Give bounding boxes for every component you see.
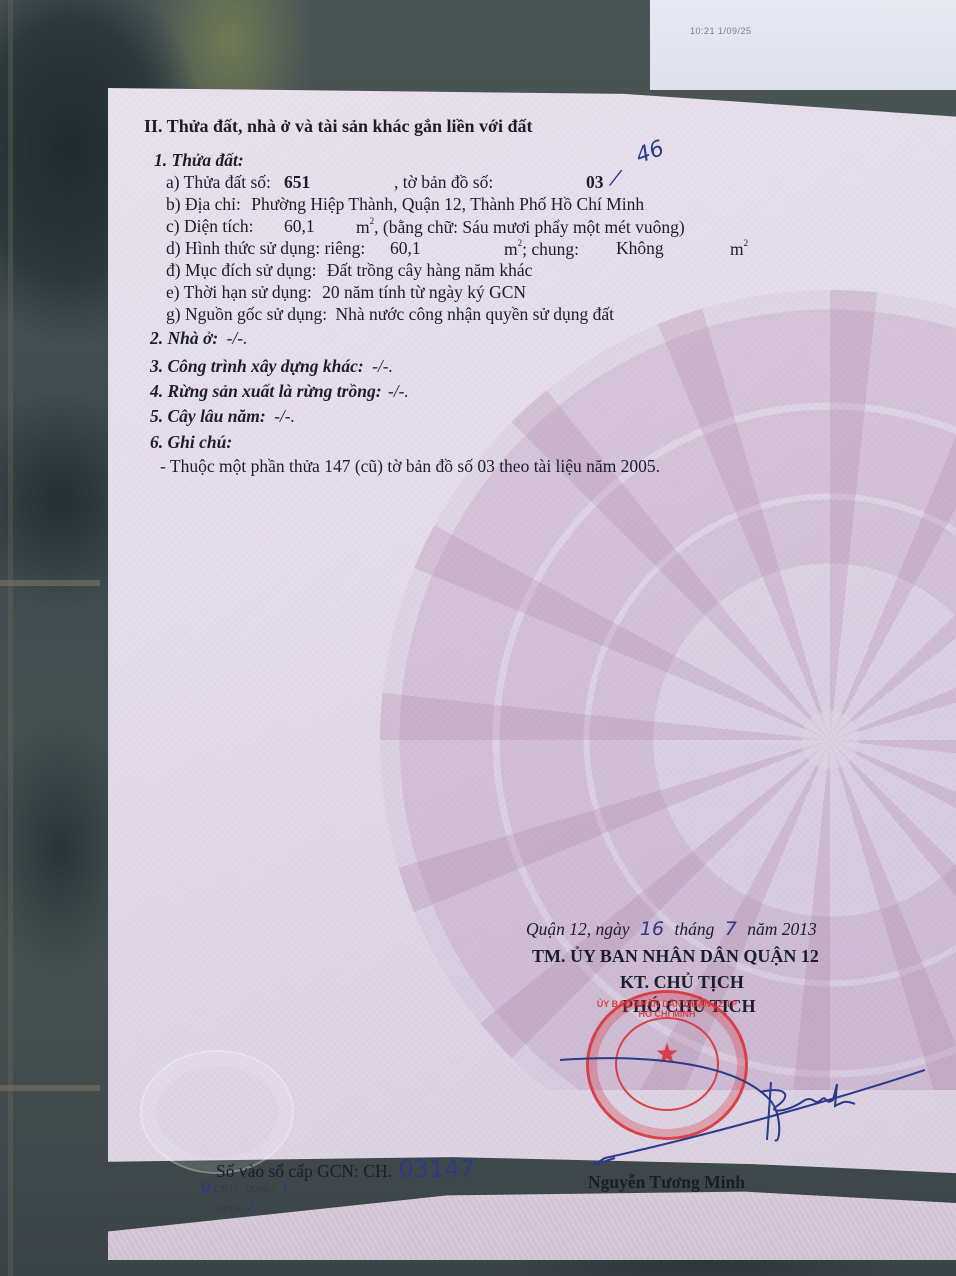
purpose-value: Đất trồng cây hàng năm khác	[327, 260, 533, 280]
year-label: năm 2013	[747, 919, 817, 939]
handwritten-signature	[555, 1040, 925, 1170]
forest-heading: 4. Rừng sản xuất là rừng trồng:	[150, 381, 382, 401]
purpose-label: đ) Mục đích sử dụng:	[166, 260, 316, 280]
origin-row: g) Nguồn gốc sử dụng: Nhà nước công nhận…	[166, 304, 614, 325]
shared-area-value: Không	[616, 238, 664, 259]
forest-value: -/-.	[388, 381, 409, 401]
issue-month: 7	[725, 918, 737, 940]
registry-number: 03147	[398, 1155, 474, 1183]
private-area-unit: m	[504, 239, 518, 259]
seal-text: ỦY BAN NHÂN DÂN QUẬN 12 TP HỒ CHÍ MINH	[589, 999, 745, 1019]
registry-office-label: VPĐK:	[216, 1205, 246, 1216]
term-label: e) Thời hạn sử dụng:	[166, 282, 312, 302]
registry-row: Số vào sổ cấp GCN: CH. 03147	[216, 1155, 475, 1183]
place-date-line: Quận 12, ngày 16 tháng 7 năm 2013	[526, 918, 817, 940]
parcel-number-row: a) Thửa đất số: 651 , tờ bản đồ số: 03 4…	[166, 172, 271, 193]
term-row: e) Thời hạn sử dụng: 20 năm tính từ ngày…	[166, 282, 526, 303]
area-value: 60,1	[284, 216, 315, 237]
term-value: 20 năm tính từ ngày ký GCN	[322, 282, 526, 302]
house-value: -/-.	[227, 328, 248, 348]
construction-value: -/-.	[372, 356, 393, 376]
address-row: b) Địa chỉ: Phường Hiệp Thành, Quận 12, …	[166, 194, 644, 215]
certificate-content: II. Thửa đất, nhà ở và tài sản khác gắn …	[0, 0, 956, 1276]
issue-day: 16	[640, 918, 664, 940]
note-item: - Thuộc một phần thửa 147 (cũ) tờ bản đồ…	[160, 456, 660, 477]
trees-heading: 5. Cây lâu năm:	[150, 406, 266, 426]
map-sheet-value: 03	[586, 172, 604, 193]
handwritten-arrow: ⁄	[614, 166, 617, 190]
usage-form-label: d) Hình thức sử dụng: riêng:	[166, 238, 365, 258]
shared-area-unit: m	[730, 239, 744, 259]
signer-role-1: KT. CHỦ TỊCH	[620, 972, 744, 993]
house-heading: 2. Nhà ở:	[150, 328, 218, 348]
notes-heading: 6. Ghi chú:	[150, 432, 232, 453]
registry-office-mark: ⁄	[249, 1198, 252, 1217]
place-date-prefix: Quận 12, ngày	[526, 919, 630, 939]
registry-label: Số vào sổ cấp GCN: CH.	[216, 1161, 392, 1181]
area-unit: m	[356, 217, 370, 237]
area-in-words: , (bằng chữ: Sáu mươi phẩy một mét vuông…	[374, 217, 685, 237]
origin-value: Nhà nước công nhận quyền sử dụng đất	[336, 304, 615, 324]
handwritten-mark: ν	[200, 1174, 211, 1198]
address-label: b) Địa chỉ:	[166, 194, 241, 214]
shared-area-label: ; chung:	[522, 239, 579, 259]
signer-name: Nguyễn Tương Minh	[588, 1172, 745, 1193]
parcel-number-label: a) Thửa đất số:	[166, 172, 271, 192]
registry-book-number: I	[283, 1180, 287, 1196]
registry-book-label: CBTL: Quyển	[214, 1184, 275, 1195]
construction-row: 3. Công trình xây dựng khác: -/-.	[150, 356, 393, 377]
parcel-heading: 1. Thửa đất:	[154, 150, 244, 171]
address-value: Phường Hiệp Thành, Quận 12, Thành Phố Hồ…	[251, 194, 644, 214]
parcel-number-value: 651	[284, 172, 310, 193]
usage-form-row: d) Hình thức sử dụng: riêng: 60,1 m2; ch…	[166, 238, 365, 259]
issuing-authority: TM. ỦY BAN NHÂN DÂN QUẬN 12	[532, 946, 819, 967]
house-row: 2. Nhà ở: -/-.	[150, 328, 248, 349]
trees-row: 5. Cây lâu năm: -/-.	[150, 406, 295, 427]
area-row: c) Diện tích: 60,1 m2, (bằng chữ: Sáu mư…	[166, 216, 253, 237]
area-label: c) Diện tích:	[166, 216, 253, 236]
forest-row: 4. Rừng sản xuất là rừng trồng: -/-.	[150, 381, 409, 402]
registry-book-row: ν CBTL: Quyển I	[214, 1180, 288, 1196]
registry-office-row: VPĐK: ⁄	[216, 1198, 251, 1217]
month-label: tháng	[674, 919, 714, 939]
section-title: II. Thửa đất, nhà ở và tài sản khác gắn …	[144, 116, 533, 137]
purpose-row: đ) Mục đích sử dụng: Đất trồng cây hàng …	[166, 260, 532, 281]
origin-label: g) Nguồn gốc sử dụng:	[166, 304, 327, 324]
handwritten-map-note: 46	[633, 136, 668, 169]
map-sheet-label: , tờ bản đồ số:	[394, 172, 493, 193]
private-area-value: 60,1	[390, 238, 421, 259]
construction-heading: 3. Công trình xây dựng khác:	[150, 356, 364, 376]
trees-value: -/-.	[274, 406, 295, 426]
